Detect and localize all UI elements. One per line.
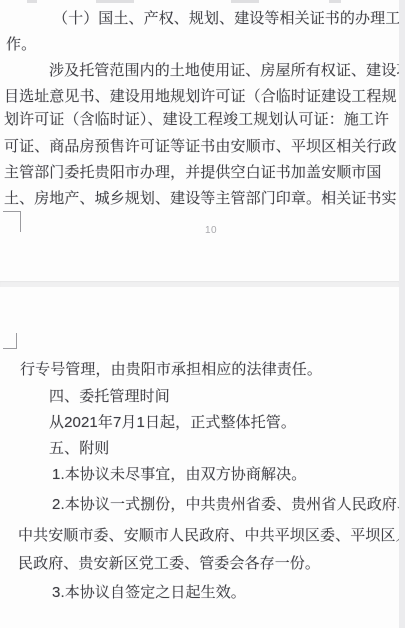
text-boundary-corner-mark [3, 333, 17, 349]
text-line: 五、附则 [49, 440, 109, 457]
document-page-2[interactable] [0, 287, 399, 628]
text-line: 四、委托管理时间 [49, 388, 170, 405]
text-line: 主管部门委托贵阳市办理，并提供空白证书加盖安顺市国 [4, 164, 382, 181]
text-boundary-corner-mark [3, 211, 21, 232]
cut-off-text-remnant [96, 0, 134, 3]
text-line: 3.本协议自签定之日起生效。 [52, 584, 246, 601]
text-line: 目选址意见书、建设用地规划许可证（合临时证建设工程规 [4, 88, 397, 105]
text-line: 民政府、贵安新区党工委、管委会各存一份。 [18, 555, 320, 572]
text-line: 行专号管理，由贵阳市承担相应的法律责任。 [20, 361, 322, 378]
page-number: 10 [205, 225, 217, 236]
cut-off-text-remnant [27, 0, 37, 3]
text-line: 土、房地产、城乡规划、建设等主管部门印章。相关证书实 [4, 190, 397, 207]
text-line: （十）国土、产权、规划、建设等相关证书的办理工 [53, 10, 400, 27]
text-line: 划许可证（含临时证）、建设工程竣工规划认可证：施工许 [4, 111, 389, 128]
text-line: 可证、商品房预售许可证等证书由安顺市、平坝区相关行政 [4, 138, 397, 155]
page-right-gutter [399, 0, 405, 628]
text-line: 中共安顺市委、安顺市人民政府、中共平坝区委、平坝区人 [18, 527, 405, 544]
text-line: 作。 [6, 36, 36, 53]
cut-off-text-remnant [231, 0, 259, 3]
text-line: 涉及托管范围内的土地使用证、房屋所有权证、建设项 [49, 62, 405, 79]
cut-off-text-remnant [329, 0, 341, 3]
text-line: 2.本协议一式捌份，中共贵州省委、贵州省人民政府、 [52, 496, 405, 513]
text-line: 1.本协议未尽事宜，由双方协商解决。 [52, 466, 306, 483]
text-line: 从2021年7月1日起，正式整体托管。 [49, 414, 296, 431]
document-viewer[interactable]: （十）国土、产权、规划、建设等相关证书的办理工 作。 涉及托管范围内的土地使用证… [0, 0, 405, 628]
